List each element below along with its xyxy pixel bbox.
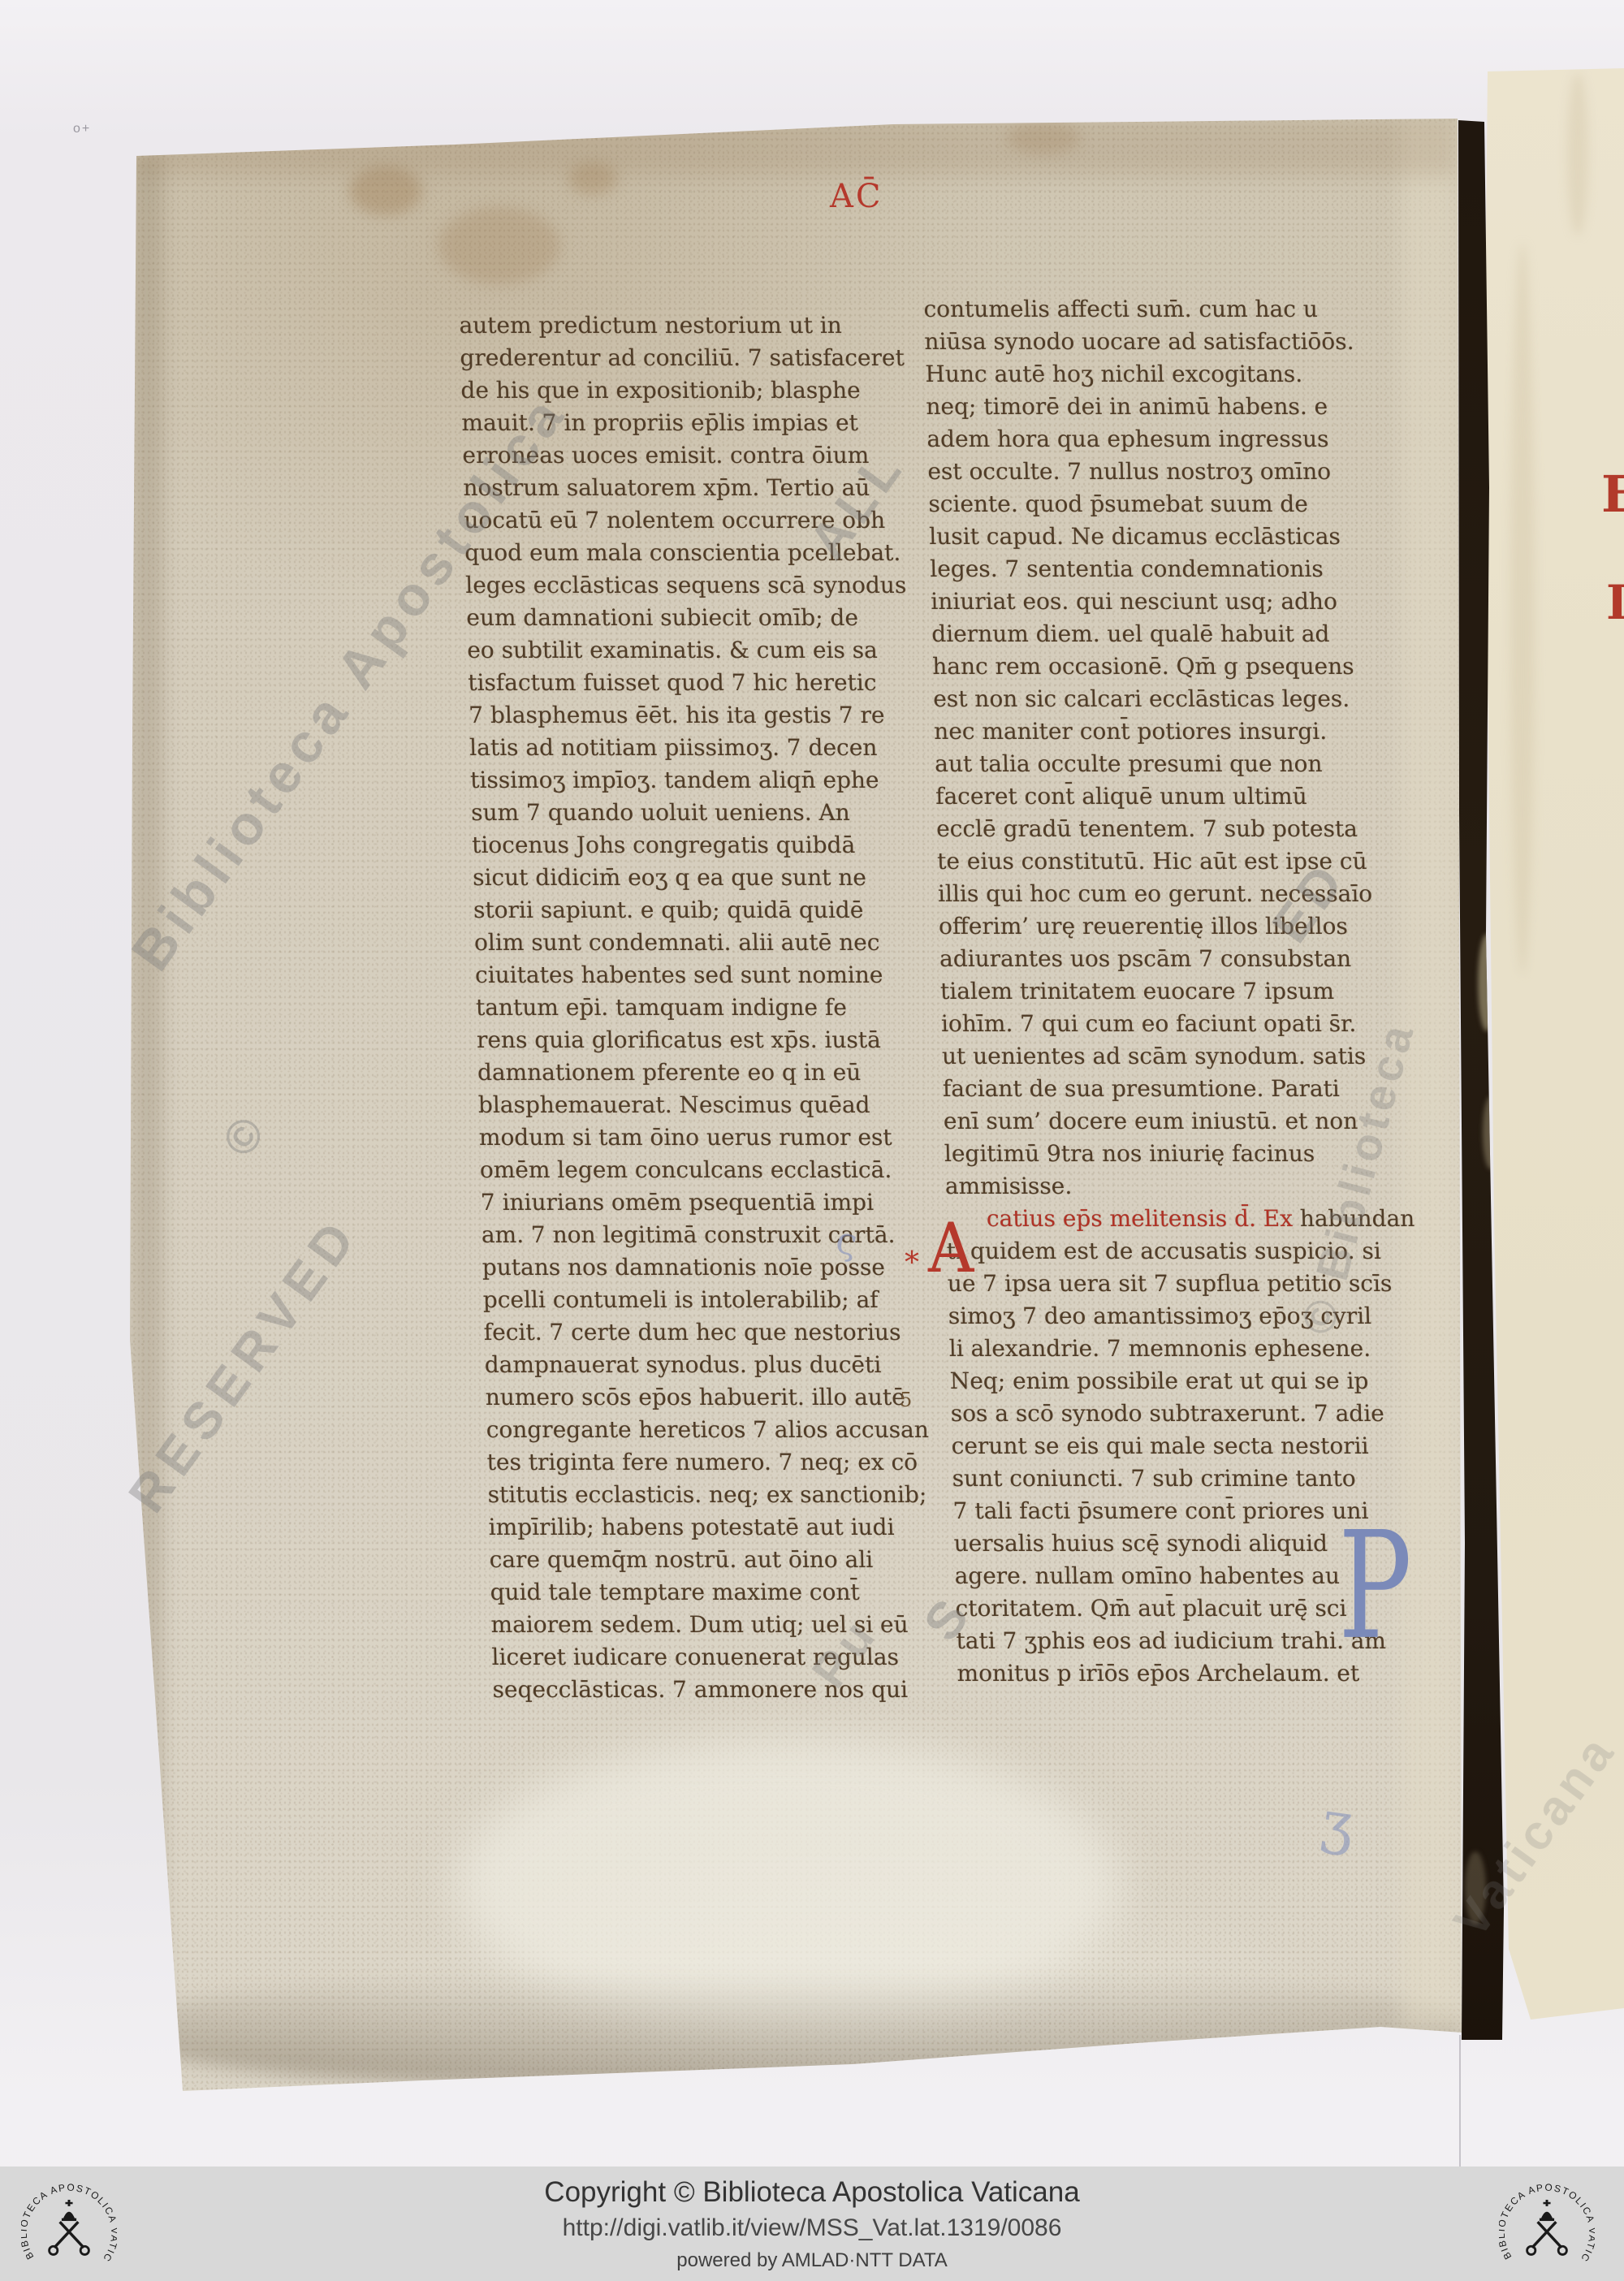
manuscript-line: numero scōs ep̄os habuerit. illo autē <box>485 1381 930 1414</box>
manuscript-line: contumelis affecti sum̄. cum hac u <box>923 293 1393 326</box>
right-text-column: contumelis affecti sum̄. cum hac uniūsa … <box>923 293 1426 1690</box>
manuscript-line: grederentur ad conciliū. 7 satisfaceret <box>460 342 905 374</box>
manuscript-line: seqecclāsticas. 7 ammonere nos qui <box>492 1674 937 1706</box>
bottom-edge-shadow <box>138 1973 1462 2087</box>
manuscript-line: aut talia occulte presumi que non <box>935 748 1404 780</box>
manuscript-line: pcelli contumeli is intolerabilib; af <box>482 1284 927 1316</box>
manuscript-line: tisfactum fuisset quod 7 hic heretic <box>468 667 913 699</box>
manuscript-line: storii sapiunt. e quib; quidā quidē <box>473 894 918 927</box>
shelfmark-pencil-note: o+ <box>73 122 91 136</box>
logo-ring-text: BIBLIOTECA APOSTOLICA VATICANA <box>21 2179 117 2265</box>
left-edge-shadow <box>130 154 164 2087</box>
manuscript-line: est occulte. 7 nullus nostroʒ omīno <box>927 456 1397 488</box>
folio-heading-mark: AC̄ <box>830 180 883 213</box>
manuscript-line: lusit capud. Ne dicamus ecclāsticas <box>929 521 1398 553</box>
rubric-text: catius ep̄s melitensis d̄. Ex <box>986 1205 1300 1232</box>
manuscript-line: damnationem pferente eo q in eū <box>477 1056 922 1089</box>
manuscript-line: impīrilib; habens potestatē aut iudi <box>488 1511 933 1544</box>
margin-numeral: 5 <box>900 1390 912 1410</box>
vatican-library-logo: BIBLIOTECA APOSTOLICA VATICANA <box>21 2179 117 2275</box>
manuscript-line: iniuriat eos. qui nesciunt usq; adho <box>931 585 1400 618</box>
folio-streak <box>1567 73 1588 235</box>
manuscript-line: faceret cont̄ aliquē unum ultimū <box>935 780 1405 813</box>
parchment-stain <box>438 207 560 284</box>
red-rubric-fragment: I <box>1606 575 1624 630</box>
manuscript-line: leges ecclāsticas sequens scā synodus <box>465 569 910 602</box>
powered-by-line: powered by AMLAD·NTT DATA <box>0 2249 1624 2272</box>
manuscript-line: est non sic calcari ecclāsticas leges. <box>933 683 1402 715</box>
digitized-manuscript-viewer: E I AC̄ autem predictum nestorium ut ing… <box>0 0 1624 2281</box>
manuscript-line: sciente. quod p̄sumebat suum de <box>928 488 1397 521</box>
manuscript-line: fecit. 7 certe dum hec que nestorius <box>483 1316 928 1349</box>
manuscript-line: congregante hereticos 7 alios accusan <box>486 1414 931 1446</box>
manuscript-line: li alexandrie. 7 memnonis ephesene. <box>948 1333 1418 1365</box>
manuscript-line: tialem trinitatem euocare 7 ipsum <box>940 975 1410 1008</box>
vatican-library-logo: BIBLIOTECA APOSTOLICA VATICANA <box>1499 2179 1595 2275</box>
crossed-keys-icon <box>1527 2222 1567 2254</box>
manuscript-line: rens quia glorificatus est xp̄s. iustā <box>477 1024 922 1056</box>
papal-tiara-icon <box>62 2200 76 2221</box>
red-rubric-fragment: E <box>1601 464 1624 524</box>
manuscript-line: faciant de sua presumtione. Parati <box>942 1073 1411 1105</box>
manuscript-line: adem hora qua ephesum ingressus <box>926 423 1396 456</box>
manuscript-line: sos a scō synodo subtraxerunt. 7 adie <box>950 1398 1419 1430</box>
logo-ring-text: BIBLIOTECA APOSTOLICA VATICANA <box>1499 2179 1595 2265</box>
manuscript-line: iohīm. 7 qui cum eo faciunt opati s̄r. <box>941 1008 1410 1040</box>
rubric-initial-A: A <box>928 1215 974 1283</box>
manuscript-line: ecclē gradū tenentem. 7 sub potesta <box>936 813 1406 845</box>
manuscript-line: blasphemauerat. Nescimus quēad <box>477 1089 922 1121</box>
manuscript-line: dampnauerat synodus. plus ducēti <box>484 1349 929 1381</box>
manuscript-line: 7 blasphemus ēēt. his ita gestis 7 re <box>469 699 914 732</box>
manuscript-line: eo subtilit examinatis. & cum eis sa <box>467 634 912 667</box>
manuscript-line: stitutis ecclasticis. neq; ex sanctionib… <box>487 1479 932 1511</box>
manuscript-line: cerunt se eis qui male secta nestorii <box>951 1430 1420 1462</box>
svg-text:BIBLIOTECA APOSTOLICA VATICANA: BIBLIOTECA APOSTOLICA VATICANA <box>1499 2179 1595 2265</box>
manuscript-line: tes triginta fere numero. 7 neq; ex cō <box>486 1446 931 1479</box>
manuscript-line: latis ad notitiam piissimoʒ. 7 decen <box>469 732 914 764</box>
manuscript-line: modum si tam ōino uerus rumor est <box>478 1121 923 1154</box>
blue-initial-P: P <box>1338 1512 1412 1660</box>
manuscript-line: leges. 7 sententia condemnationis <box>930 553 1399 585</box>
manuscript-line: sicut didicim̄ eoʒ q ea que sunt ne <box>473 862 918 894</box>
manuscript-line: nec maniter cont̄ potiores insurgi. <box>934 715 1403 748</box>
manuscript-line: hanc rem occasionē. Qm̄ g psequens <box>932 650 1402 683</box>
crossed-keys-icon <box>50 2222 89 2254</box>
blue-flourish: ʒ <box>1318 1793 1358 1854</box>
svg-text:BIBLIOTECA APOSTOLICA VATICANA: BIBLIOTECA APOSTOLICA VATICANA <box>21 2179 117 2265</box>
manuscript-line: 7 iniurians omēm psequentiā impi <box>480 1186 925 1219</box>
manuscript-line: olim sunt condemnati. alii autē nec <box>474 927 919 959</box>
manuscript-line: care quemq̄m nostrū. aut ōino ali <box>489 1544 934 1576</box>
manuscript-line: sunt coniuncti. 7 sub crimine tanto <box>952 1462 1421 1495</box>
manuscript-line: adiurantes uos pscām 7 consubstan <box>939 943 1409 975</box>
backdrop-crease <box>1459 2035 1461 2169</box>
papal-tiara-icon <box>1540 2200 1554 2221</box>
copyright-footer-bar: Copyright © Biblioteca Apostolica Vatica… <box>0 2167 1624 2281</box>
manuscript-line: ut uenientes ad scām synodum. satis <box>941 1040 1410 1073</box>
source-url: http://digi.vatlib.it/view/MSS_Vat.lat.1… <box>0 2214 1624 2242</box>
top-edge-shadow <box>134 119 1458 175</box>
manuscript-line: sum 7 quando uoluit ueniens. An <box>471 797 916 829</box>
manuscript-line: eum damnationi subiecit omīb; de <box>466 602 911 634</box>
manuscript-line: diernum diem. uel qualē habuit ad <box>931 618 1401 650</box>
manuscript-line: neq; timorē dei in animū habens. e <box>926 391 1395 423</box>
manuscript-line: omēm legem conculcans ecclasticā. <box>479 1154 924 1186</box>
manuscript-line: autem predictum nestorium ut in <box>459 309 904 342</box>
copyright-line: Copyright © Biblioteca Apostolica Vatica… <box>0 2176 1624 2209</box>
manuscript-line: Neq; enim possibile erat ut qui se ip <box>949 1365 1419 1398</box>
folio-streak <box>1510 244 1535 974</box>
red-margin-star: * <box>905 1249 919 1278</box>
manuscript-line: Hunc autē hoʒ nichil excogitans. <box>925 358 1394 391</box>
manuscript-line: niūsa synodo uocare ad satisfactiōōs. <box>924 326 1393 358</box>
manuscript-line: putans nos damnationis noīe posse <box>482 1251 926 1284</box>
manuscript-line: tantum ep̄i. tamquam indigne fe <box>476 991 921 1024</box>
manuscript-line: tiocenus Johs congregatis quibdā <box>472 829 917 862</box>
manuscript-line: tissimoʒ impīoʒ. tandem aliqn̄ ephe <box>470 764 915 797</box>
manuscript-line: offerim’ urę reuerentię illos libellos <box>939 910 1408 943</box>
manuscript-line: quid tale temptare maxime cont̄ <box>490 1576 935 1609</box>
manuscript-line: ciuitates habentes sed sunt nomine <box>475 959 920 991</box>
